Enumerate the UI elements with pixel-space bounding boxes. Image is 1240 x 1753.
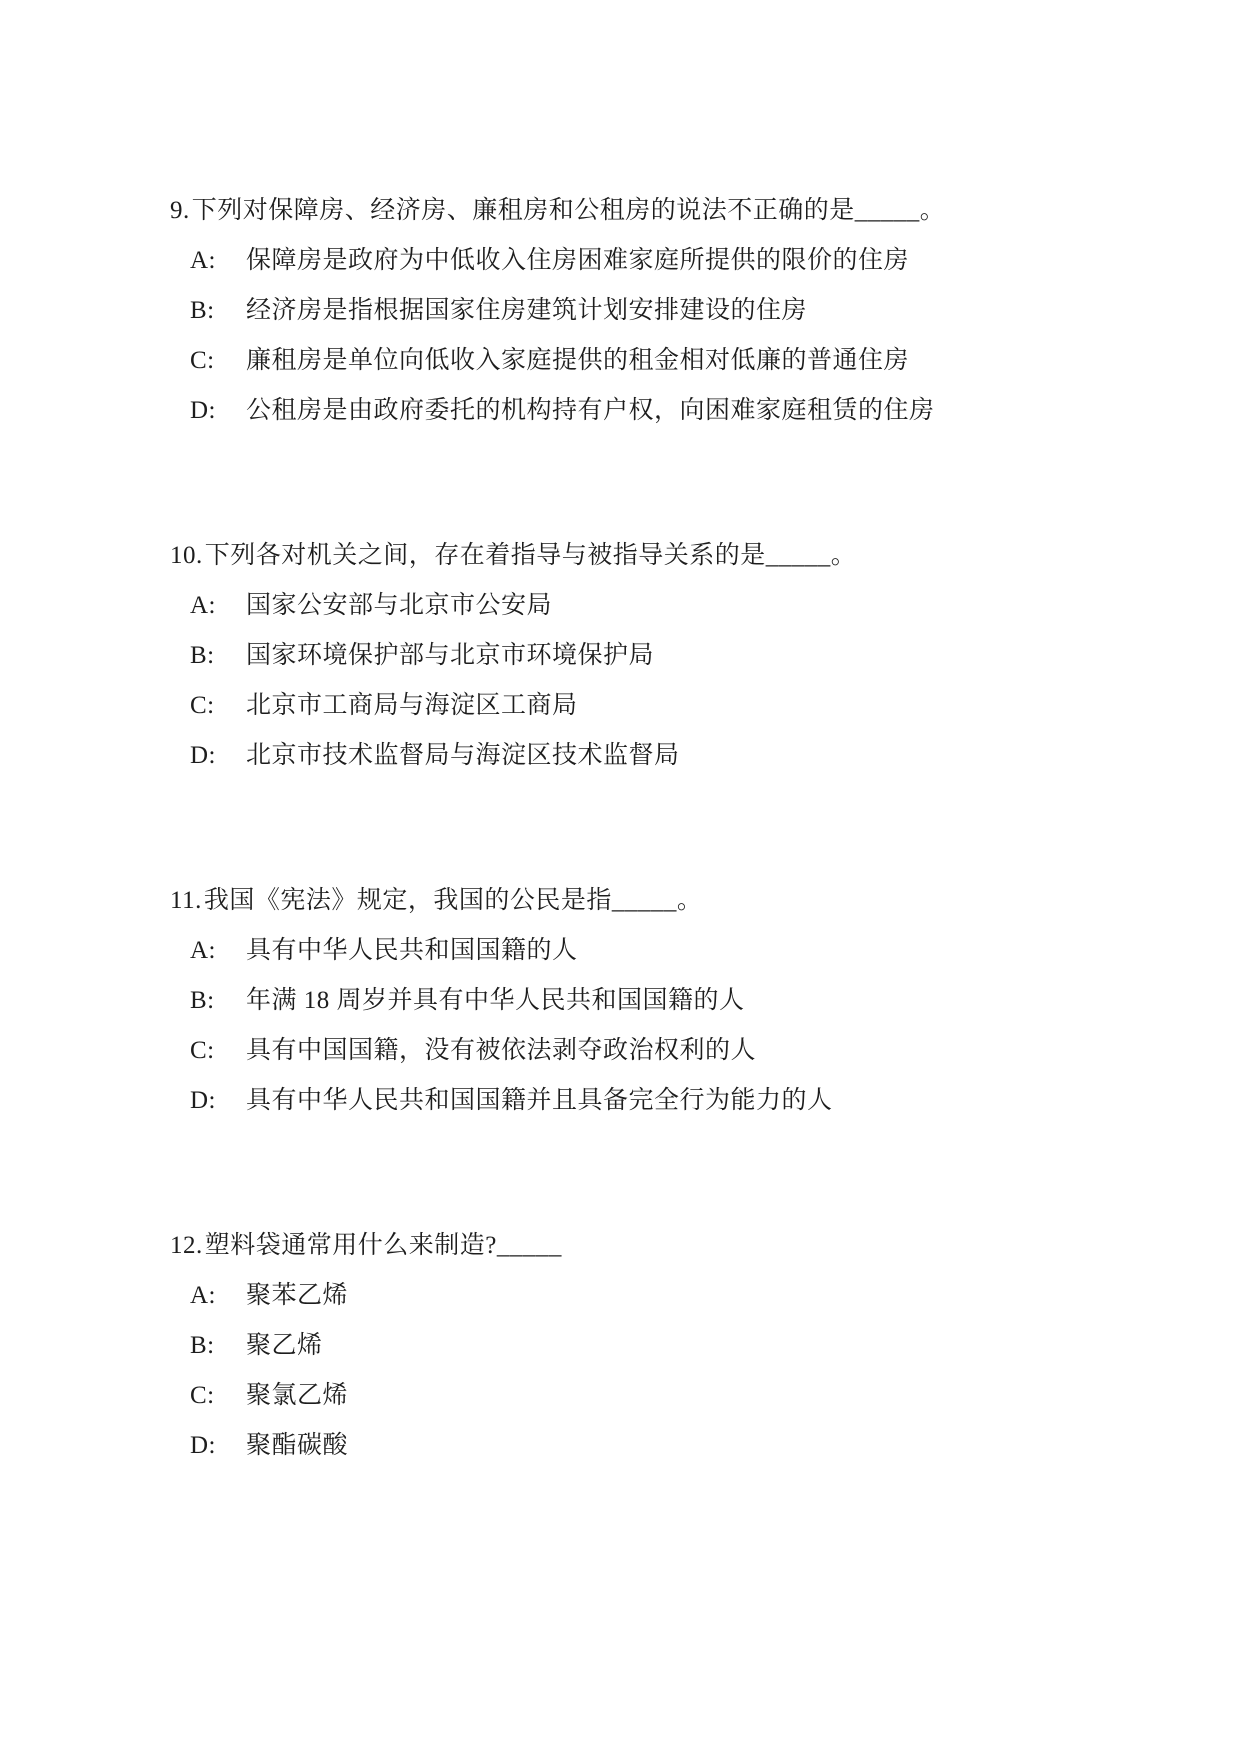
option-text: 聚酯碳酸 bbox=[246, 1432, 348, 1459]
option-row: D:具有中华人民共和国国籍并且具备完全行为能力的人 bbox=[170, 1076, 1160, 1126]
question-line: 12.塑料袋通常用什么来制造?_____ bbox=[170, 1221, 1160, 1271]
option-row: B:年满 18 周岁并具有中华人民共和国国籍的人 bbox=[170, 976, 1160, 1026]
option-text: 北京市工商局与海淀区工商局 bbox=[246, 692, 578, 719]
option-text: 公租房是由政府委托的机构持有户权，向困难家庭租赁的住房 bbox=[246, 397, 935, 424]
option-label: D: bbox=[190, 386, 228, 436]
question-block-10: 10.下列各对机关之间，存在着指导与被指导关系的是_____。 A:国家公安部与… bbox=[170, 531, 1160, 781]
exam-content: 9.下列对保障房、经济房、廉租房和公租房的说法不正确的是_____。 A:保障房… bbox=[0, 0, 1240, 1471]
question-number: 11. bbox=[170, 887, 202, 914]
option-label: C: bbox=[190, 1026, 228, 1076]
option-text: 聚氯乙烯 bbox=[246, 1382, 348, 1409]
option-row: D:北京市技术监督局与海淀区技术监督局 bbox=[170, 731, 1160, 781]
option-label: C: bbox=[190, 681, 228, 731]
option-text: 北京市技术监督局与海淀区技术监督局 bbox=[246, 742, 680, 769]
question-block-11: 11.我国《宪法》规定，我国的公民是指_____。 A:具有中华人民共和国国籍的… bbox=[170, 876, 1160, 1126]
option-row: B:国家环境保护部与北京市环境保护局 bbox=[170, 631, 1160, 681]
question-line: 9.下列对保障房、经济房、廉租房和公租房的说法不正确的是_____。 bbox=[170, 186, 1160, 236]
question-line: 11.我国《宪法》规定，我国的公民是指_____。 bbox=[170, 876, 1160, 926]
option-row: A:具有中华人民共和国国籍的人 bbox=[170, 926, 1160, 976]
option-label: A: bbox=[190, 1271, 228, 1321]
option-label: A: bbox=[190, 236, 228, 286]
option-text: 具有中华人民共和国国籍的人 bbox=[246, 937, 578, 964]
question-number: 12. bbox=[170, 1232, 203, 1259]
option-row: C:廉租房是单位向低收入家庭提供的租金相对低廉的普通住房 bbox=[170, 336, 1160, 386]
option-label: C: bbox=[190, 1371, 228, 1421]
option-label: B: bbox=[190, 286, 228, 336]
option-label: D: bbox=[190, 1076, 228, 1126]
question-block-9: 9.下列对保障房、经济房、廉租房和公租房的说法不正确的是_____。 A:保障房… bbox=[170, 186, 1160, 436]
option-row: B:聚乙烯 bbox=[170, 1321, 1160, 1371]
option-row: C:具有中国国籍，没有被依法剥夺政治权利的人 bbox=[170, 1026, 1160, 1076]
option-label: C: bbox=[190, 336, 228, 386]
question-number: 10. bbox=[170, 542, 203, 569]
question-text: 下列各对机关之间，存在着指导与被指导关系的是_____。 bbox=[205, 542, 857, 569]
option-text: 聚乙烯 bbox=[246, 1332, 323, 1359]
option-row: C:聚氯乙烯 bbox=[170, 1371, 1160, 1421]
option-text: 年满 18 周岁并具有中华人民共和国国籍的人 bbox=[246, 987, 745, 1014]
question-text: 我国《宪法》规定，我国的公民是指_____。 bbox=[204, 887, 703, 914]
question-text: 下列对保障房、经济房、廉租房和公租房的说法不正确的是_____。 bbox=[192, 197, 946, 224]
option-label: D: bbox=[190, 731, 228, 781]
option-row: A:保障房是政府为中低收入住房困难家庭所提供的限价的住房 bbox=[170, 236, 1160, 286]
option-text: 国家环境保护部与北京市环境保护局 bbox=[246, 642, 654, 669]
question-line: 10.下列各对机关之间，存在着指导与被指导关系的是_____。 bbox=[170, 531, 1160, 581]
option-text: 保障房是政府为中低收入住房困难家庭所提供的限价的住房 bbox=[246, 247, 909, 274]
option-label: D: bbox=[190, 1421, 228, 1471]
option-text: 聚苯乙烯 bbox=[246, 1282, 348, 1309]
option-row: D:公租房是由政府委托的机构持有户权，向困难家庭租赁的住房 bbox=[170, 386, 1160, 436]
option-text: 经济房是指根据国家住房建筑计划安排建设的住房 bbox=[246, 297, 807, 324]
option-row: A:聚苯乙烯 bbox=[170, 1271, 1160, 1321]
option-label: A: bbox=[190, 581, 228, 631]
option-row: C:北京市工商局与海淀区工商局 bbox=[170, 681, 1160, 731]
exam-page: 9.下列对保障房、经济房、廉租房和公租房的说法不正确的是_____。 A:保障房… bbox=[0, 0, 1240, 1753]
option-text: 国家公安部与北京市公安局 bbox=[246, 592, 552, 619]
option-label: A: bbox=[190, 926, 228, 976]
question-text: 塑料袋通常用什么来制造?_____ bbox=[205, 1232, 562, 1259]
option-row: B:经济房是指根据国家住房建筑计划安排建设的住房 bbox=[170, 286, 1160, 336]
question-number: 9. bbox=[170, 197, 190, 224]
option-row: D:聚酯碳酸 bbox=[170, 1421, 1160, 1471]
option-label: B: bbox=[190, 976, 228, 1026]
option-text: 具有中国国籍，没有被依法剥夺政治权利的人 bbox=[246, 1037, 756, 1064]
option-text: 具有中华人民共和国国籍并且具备完全行为能力的人 bbox=[246, 1087, 833, 1114]
option-text: 廉租房是单位向低收入家庭提供的租金相对低廉的普通住房 bbox=[246, 347, 909, 374]
option-row: A:国家公安部与北京市公安局 bbox=[170, 581, 1160, 631]
option-label: B: bbox=[190, 631, 228, 681]
option-label: B: bbox=[190, 1321, 228, 1371]
question-block-12: 12.塑料袋通常用什么来制造?_____ A:聚苯乙烯 B:聚乙烯 C:聚氯乙烯… bbox=[170, 1221, 1160, 1471]
